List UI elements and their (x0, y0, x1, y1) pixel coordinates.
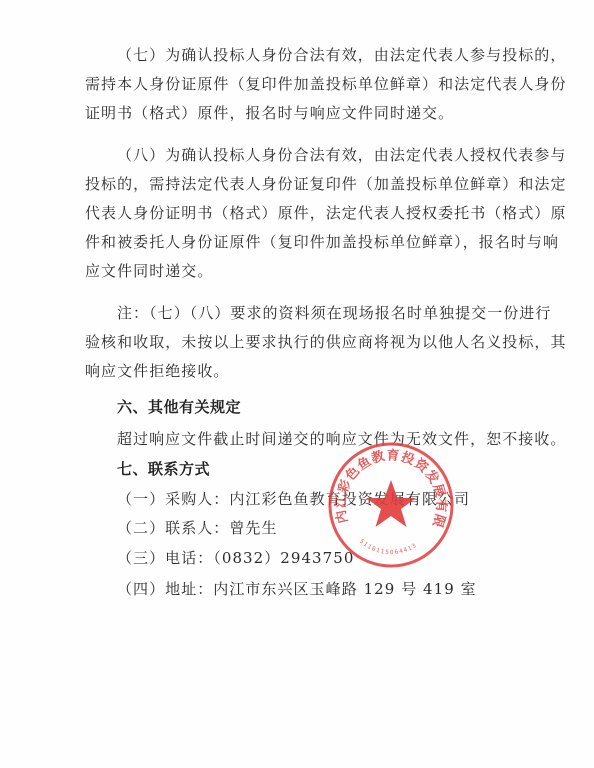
clause-8-line-2: 投标的，需持法定代表人身份证复印件（加盖投标单位鲜章）和法定 (85, 174, 515, 194)
clause-8-line-1: （八）为确认投标人身份合法有效，由法定代表人授权代表参与 (117, 145, 547, 165)
clause-7-line-2: 需持本人身份证原件（复印件加盖投标单位鲜章）和法定代表人身份 (85, 74, 515, 94)
note-line-2: 验核和收取，未按以上要求执行的供应商将视为以他人名义投标，其 (85, 332, 515, 352)
clause-8-line-5: 应文件同时递交。 (85, 261, 515, 281)
clause-7-line-1: （七）为确认投标人身份合法有效，由法定代表人参与投标的， (117, 45, 547, 65)
seal-number: 5110115064413 (358, 538, 418, 556)
clause-8-line-3: 代表人身份证明书（格式）原件，法定代表人授权委托书（格式）原 (85, 203, 515, 223)
note-line-3: 响应文件拒绝接收。 (85, 361, 515, 381)
note-line-1: 注：（七）（八）要求的资料须在现场报名时单独提交一份进行 (117, 303, 547, 323)
section-6-heading: 六、其他有关规定 (117, 397, 547, 417)
svg-text:5110115064413: 5110115064413 (358, 538, 418, 556)
clause-7-line-3: 证明书（格式）原件，报名时与响应文件同时递交。 (85, 103, 515, 123)
document-page: （七）为确认投标人身份合法有效，由法定代表人参与投标的， 需持本人身份证原件（复… (0, 0, 594, 768)
company-seal-stamp: 内江彩色鱼教育投资发展有限公司 5110115064413 (326, 440, 456, 570)
seal-star-icon (366, 480, 416, 527)
clause-8-line-4: 件和被委托人身份证原件（复印件加盖投标单位鲜章），报名时与响 (85, 232, 515, 252)
contact-address: （四）地址：内江市东兴区玉峰路 129 号 419 室 (117, 579, 547, 599)
